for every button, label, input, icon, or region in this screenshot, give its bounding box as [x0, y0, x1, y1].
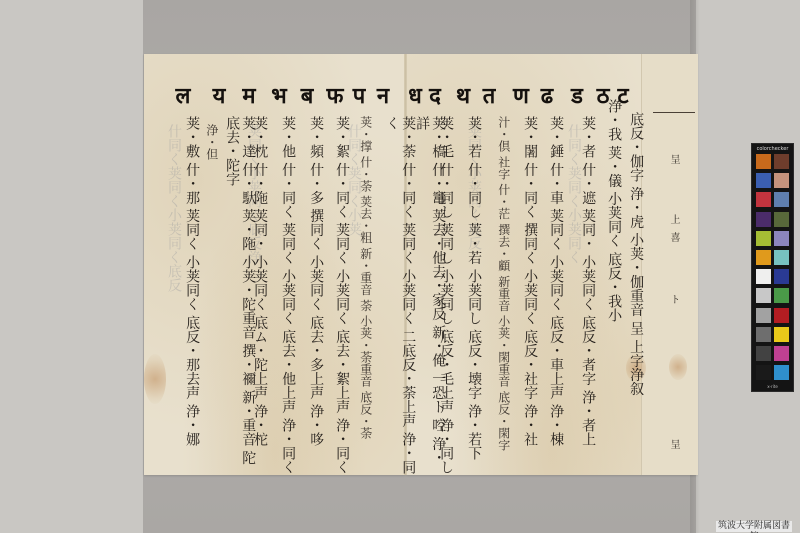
color-patch	[756, 327, 771, 342]
color-checker-chart: colorchecker x-rite	[751, 143, 794, 392]
siddham-letter: म	[236, 86, 262, 108]
color-patch	[756, 288, 771, 303]
color-patch	[774, 346, 789, 361]
color-patch	[774, 192, 789, 207]
color-patch	[756, 173, 771, 188]
color-patch	[774, 154, 789, 169]
manuscript-line: 荚・達 什・馱 荚・陁 小荚・陀重音 撰・禰 新・重音 陀 底去・陀字	[224, 116, 256, 475]
color-patch	[774, 269, 789, 284]
manuscript-line: 荚・錘 什・車 荚同く 小荚同く 底反・車上声 浄・棟	[548, 116, 564, 446]
manuscript-line: 荚・頻 什・多 撰同く 小荚同く 底去・多上声 浄・哆	[308, 116, 324, 446]
checker-title: colorchecker	[752, 146, 793, 152]
siddham-letter: ढ	[534, 86, 560, 108]
color-patch	[774, 250, 789, 265]
color-patch	[756, 231, 771, 246]
siddham-letter: त	[476, 86, 502, 108]
manuscript-line: 荚・荼 什・同く 荚同く 小荚同く 二底反・荼上声 浄・同く	[384, 116, 416, 475]
manuscript-line: 荚・闍 什・同く 撰同く 小荚同く 底反・社字 浄・社	[522, 116, 538, 446]
manuscript-line: 荚・敷 什・那 荚同く 小荚同く 底反・那去声 浄・娜	[184, 116, 200, 446]
color-patch	[756, 346, 771, 361]
siddham-letter: ल	[170, 86, 196, 108]
siddham-letter: य	[206, 86, 232, 108]
manuscript-line: 荚・他 什・同く 荚同く 小荚同く 底去・他上声 浄・同く	[280, 116, 296, 474]
color-patch	[756, 365, 771, 380]
siddham-letter: थ	[450, 86, 476, 108]
water-stain	[669, 354, 687, 380]
library-credit-label: 筑波大学附属図書館	[716, 521, 792, 532]
color-patch	[756, 154, 771, 169]
color-patch	[756, 212, 771, 227]
siddham-letter: ध	[402, 86, 428, 108]
margin-mark: 上	[666, 214, 681, 224]
color-patch	[774, 365, 789, 380]
manuscript-line: 荚・者 什・遮 荚同・ 小荚同く 底反・者字 浄・者上	[580, 116, 596, 446]
siddham-letter: ब	[294, 86, 320, 108]
color-patch	[774, 308, 789, 323]
manuscript-line: 底反・伽字 浄・虎 小荚・伽重音 呈 上字浄叙	[628, 112, 644, 396]
siddham-letter: ड	[564, 86, 590, 108]
manuscript-line: 荚・撑 什・荼 荚去・粗 新・重音 荼 小荚・荼重音 底反・荼	[358, 116, 372, 439]
manuscript-line: 荚・絮 什・同く 荚同く 小荚同く 底去・絮上声 浄・同く	[334, 116, 350, 474]
color-patch	[774, 288, 789, 303]
color-patch	[774, 173, 789, 188]
siddham-letter: फ	[322, 86, 348, 108]
manuscript-line: 荚・若 什・同し 荚・若 小荚同し 底反・壊字 浄・若下	[466, 116, 482, 460]
color-patch	[774, 327, 789, 342]
xrite-logo: x-rite	[752, 384, 793, 389]
margin-mark: 呈	[666, 154, 681, 164]
color-patch	[756, 250, 771, 265]
siddham-letter: प	[346, 86, 372, 108]
color-patch	[756, 269, 771, 284]
water-stain	[144, 354, 166, 404]
color-patch	[774, 212, 789, 227]
color-patch	[774, 231, 789, 246]
manuscript-line: 荚・槗 什・竃 荚去・他去・家反 新・俺 一恐ト 啌 浄・詳	[414, 116, 446, 475]
siddham-letter: भ	[266, 86, 292, 108]
header-rule	[653, 112, 695, 113]
manuscript-spread: 什同く荚同く小荚同く底反 荚同く小荚同く底反浄 什同く荚同く小荚 荚同く小荚同く…	[144, 54, 697, 475]
manuscript-line: 汁・倶 社字 什・茫 撰去・顧 新重音 小荚・閑重音 底反・閑字	[496, 116, 510, 451]
margin-mark: 呈	[666, 439, 681, 449]
color-patch	[756, 192, 771, 207]
siddham-letter: न	[370, 86, 396, 108]
margin-mark: ト	[666, 294, 681, 304]
margin-mark: 喜	[666, 232, 681, 242]
manuscript-line: 浄・我 荚・儀 小荚同く 底反・我小	[606, 99, 622, 322]
right-margin-strip	[641, 54, 698, 475]
show-through-text: 什同く荚同く小荚同く底反	[164, 124, 184, 292]
manuscript-line: 浄・但	[204, 124, 218, 160]
color-patch	[756, 308, 771, 323]
siddham-letter: ण	[508, 86, 534, 108]
